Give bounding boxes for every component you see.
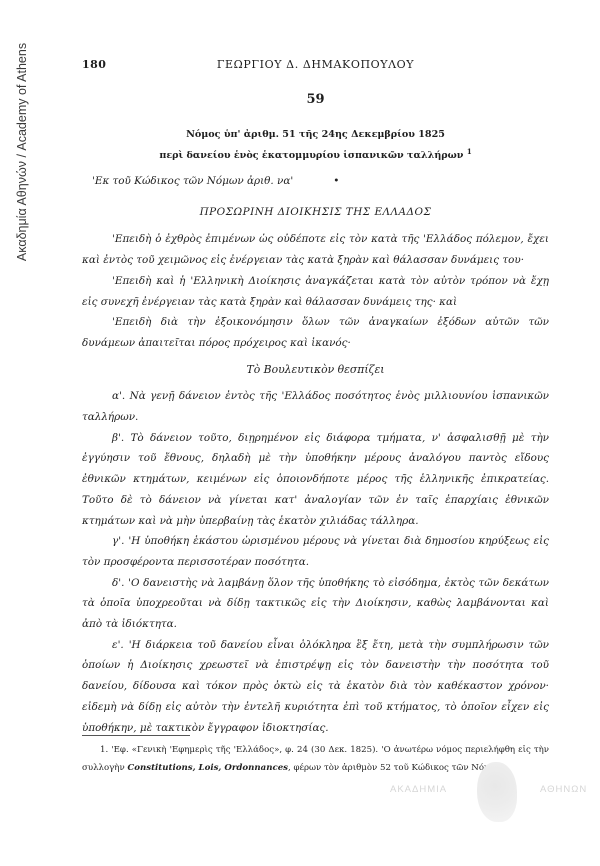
article-paragraph: ε'. 'Η διάρκεια τοῦ δανείου εἶναι ὁλόκλη…	[82, 635, 549, 739]
page-number: 180	[82, 58, 106, 71]
side-watermark: Ακαδημία Αθηνών / Academy of Athens	[15, 43, 29, 261]
article-paragraph: γ'. 'Η ὑποθήκη ἑκάστου ὡρισμένου μέρους …	[82, 531, 549, 572]
footnote-marker[interactable]: 1	[467, 147, 472, 156]
preamble-paragraph: 'Επειδὴ διὰ τὴν ἐξοικονόμησιν ὅλων τῶν ἀ…	[82, 312, 549, 353]
document-title: Νόμος ὑπ' ἀριθμ. 51 τῆς 24ης Δεκεμβρίου …	[82, 126, 549, 164]
enactment-heading: Τὸ Βουλευτικὸν θεσπίζει	[82, 360, 549, 381]
preamble-paragraph: 'Επειδὴ καὶ ἡ 'Ελληνικὴ Διοίκησις ἀναγκά…	[82, 271, 549, 312]
academy-watermark: ΑΚΑΔΗΜΙΑ ΑΘΗΝΩΝ	[390, 762, 600, 832]
running-head-title: ΓΕΩΡΓΙΟΥ Δ. ΔΗΜΑΚΟΠΟΥΛΟΥ	[82, 58, 549, 71]
preamble-paragraph: 'Επειδὴ ὁ ἐχθρὸς ἐπιμένων ὡς οὐδέποτε εἰ…	[82, 229, 549, 270]
authority-heading: ΠΡΟΣΩΡΙΝΗ ΔΙΟΙΚΗΣΙΣ ΤΗΣ ΕΛΛΑΔΟΣ	[82, 202, 549, 223]
athena-head-emblem-icon	[477, 762, 517, 822]
document-body: 'Εκ τοῦ Κώδικος τῶν Νόμων ἀριθ. να'• ΠΡΟ…	[82, 171, 549, 738]
watermark-right-text: ΑΘΗΝΩΝ	[540, 784, 587, 795]
source-mark: •	[333, 175, 339, 187]
footnote-italic-titles: Constitutions, Lois, Ordonnances	[127, 763, 288, 773]
document-title-line2: περὶ δανείου ἑνὸς ἑκατομμυρίου ἱσπανικῶν…	[82, 143, 549, 164]
document-number: 59	[82, 92, 549, 107]
article-paragraph: β'. Τὸ δάνειον τοῦτο, διῃρημένον εἰς διά…	[82, 428, 549, 532]
source-line: 'Εκ τοῦ Κώδικος τῶν Νόμων ἀριθ. να'•	[92, 171, 549, 192]
footnote-divider	[82, 735, 190, 736]
article-paragraph: δ'. 'Ο δανειστὴς νὰ λαμβάνῃ ὅλον τῆς ὑπο…	[82, 573, 549, 635]
running-head: ΓΕΩΡΓΙΟΥ Δ. ΔΗΜΑΚΟΠΟΥΛΟΥ 180	[82, 58, 549, 74]
footnote-number: 1.	[100, 745, 108, 755]
article-paragraph: α'. Νὰ γενῇ δάνειον ἐντὸς τῆς 'Ελλάδος π…	[82, 386, 549, 427]
watermark-left-text: ΑΚΑΔΗΜΙΑ	[390, 784, 447, 795]
document-title-line1: Νόμος ὑπ' ἀριθμ. 51 τῆς 24ης Δεκεμβρίου …	[82, 126, 549, 143]
